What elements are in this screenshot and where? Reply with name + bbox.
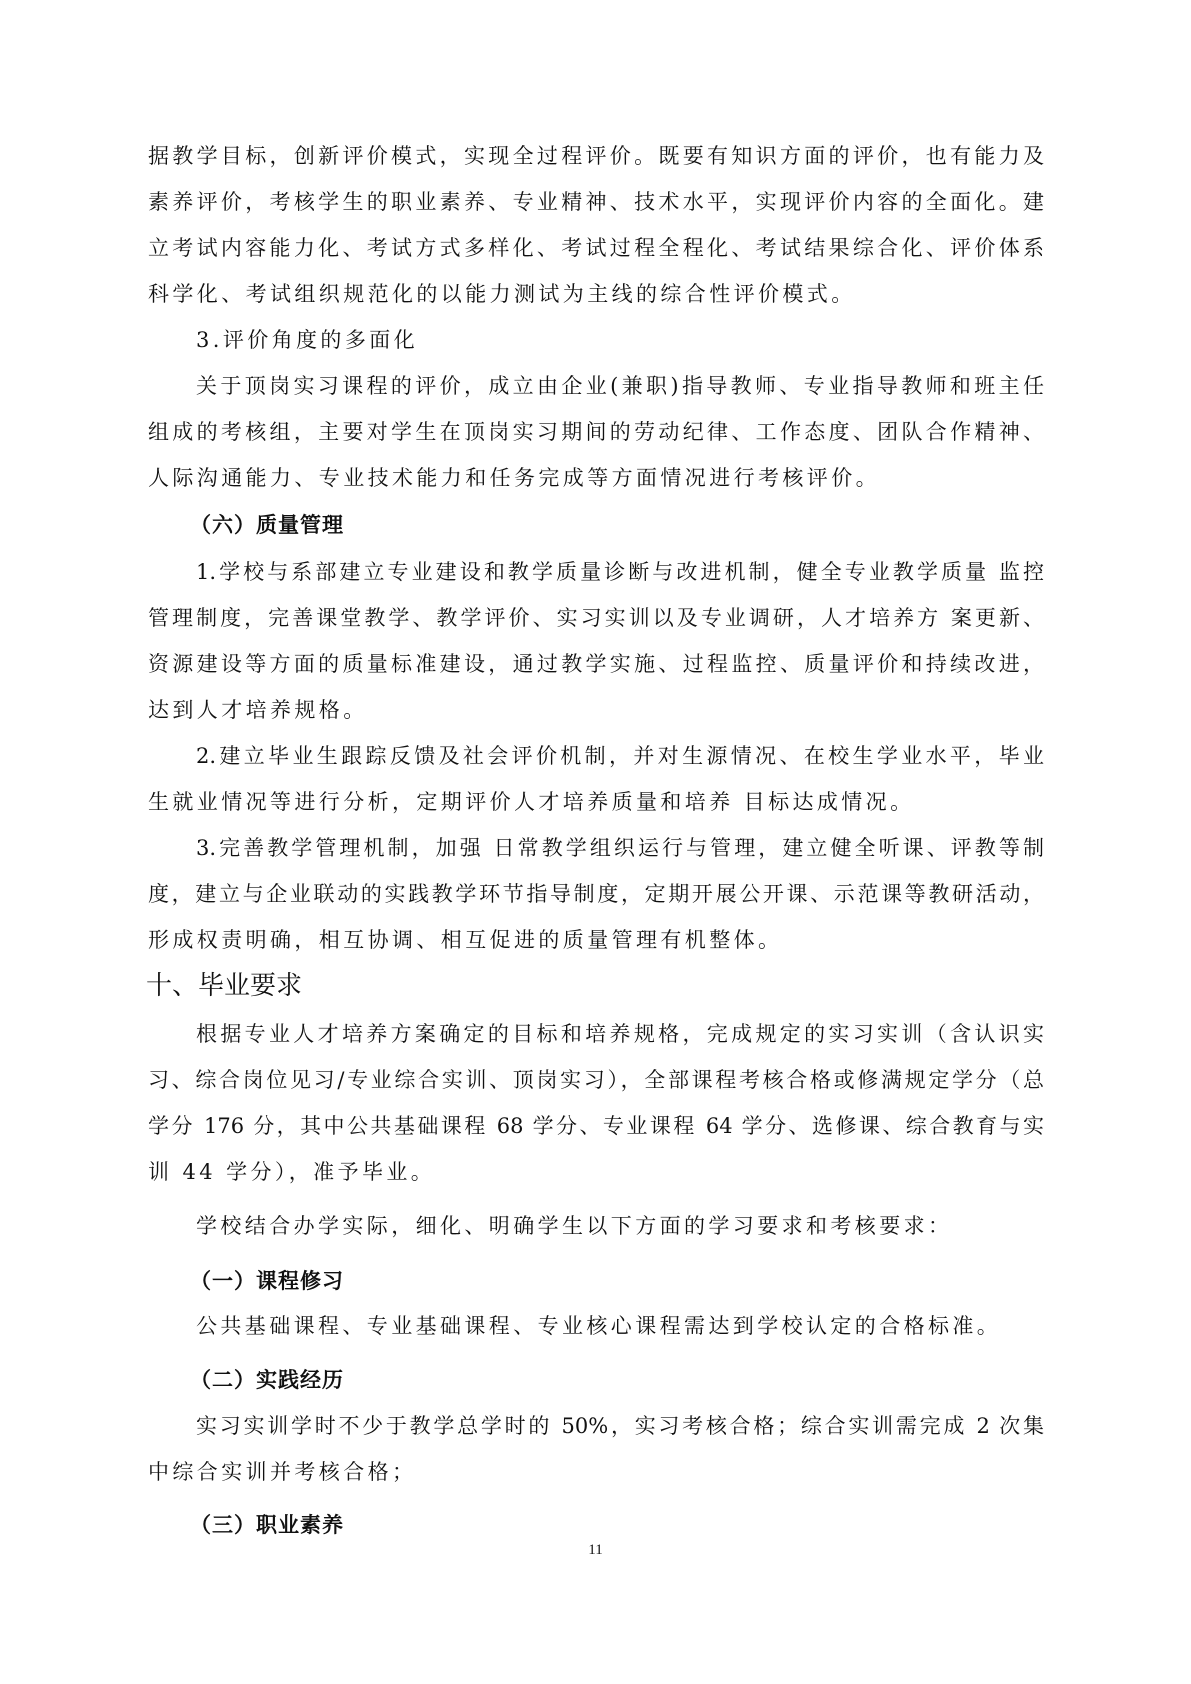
paragraph-first-line: 关于顶岗实习课程的评价，成立由企业(兼职)指导教师、专业指导教师和班主任 — [196, 371, 1044, 401]
paragraph-first-line: 根据专业人才培养方案确定的目标和培养规格，完成规定的实习实训（含认识实 — [196, 1019, 1044, 1049]
body-text-line: 学分 176 分，其中公共基础课程 68 学分、专业课程 64 学分、选修课、综… — [148, 1111, 1044, 1141]
body-text-line: 训 44 学分），准予毕业。 — [148, 1157, 1048, 1187]
body-text-line: 素养评价，考核学生的职业素养、专业精神、技术水平，实现评价内容的全面化。建 — [148, 187, 1044, 217]
body-text-line: 资源建设等方面的质量标准建设，通过教学实施、过程监控、质量评价和持续改进， — [148, 649, 1044, 679]
paragraph-first-line: 3.完善教学管理机制，加强 日常教学组织运行与管理，建立健全听课、评教等制 — [196, 833, 1044, 863]
body-text-line: 组成的考核组，主要对学生在顶岗实习期间的劳动纪律、工作态度、团队合作精神、 — [148, 417, 1044, 447]
document-page: 据教学目标，创新评价模式，实现全过程评价。既要有知识方面的评价，也有能力及素养评… — [0, 0, 1191, 1684]
paragraph-first-line: 公共基础课程、专业基础课程、专业核心课程需达到学校认定的合格标准。 — [196, 1311, 1096, 1341]
body-text-line: 中综合实训并考核合格； — [148, 1457, 1048, 1487]
subsection-heading: （二）实践经历 — [190, 1365, 344, 1395]
body-text-line: 科学化、考试组织规范化的以能力测试为主线的综合性评价模式。 — [148, 279, 1048, 309]
body-text-line: 人际沟通能力、专业技术能力和任务完成等方面情况进行考核评价。 — [148, 463, 1048, 493]
paragraph-first-line: 学校结合办学实际，细化、明确学生以下方面的学习要求和考核要求： — [196, 1211, 1096, 1241]
body-text-line: 生就业情况等进行分析，定期评价人才培养质量和培养 目标达成情况。 — [148, 787, 1048, 817]
page-number: 11 — [0, 1542, 1191, 1559]
body-text-line: 度，建立与企业联动的实践教学环节指导制度，定期开展公开课、示范课等教研活动， — [148, 879, 1044, 909]
body-text-line: 据教学目标，创新评价模式，实现全过程评价。既要有知识方面的评价，也有能力及 — [148, 141, 1044, 171]
paragraph-first-line: 2.建立毕业生跟踪反馈及社会评价机制，并对生源情况、在校生学业水平，毕业 — [196, 741, 1044, 771]
body-text-line: 形成权责明确，相互协调、相互促进的质量管理有机整体。 — [148, 925, 1048, 955]
subsection-heading: （一）课程修习 — [190, 1266, 344, 1296]
body-text-line: 习、综合岗位见习/专业综合实训、顶岗实习），全部课程考核合格或修满规定学分（总 — [148, 1065, 1044, 1095]
paragraph-first-line: 实习实训学时不少于教学总学时的 50%，实习考核合格；综合实训需完成 2 次集 — [196, 1411, 1044, 1441]
body-text-line: 管理制度，完善课堂教学、教学评价、实习实训以及专业调研，人才培养方 案更新、 — [148, 603, 1044, 633]
body-text-line: 达到人才培养规格。 — [148, 695, 1048, 725]
subsection-heading: （六）质量管理 — [190, 510, 344, 540]
paragraph-first-line: 3.评价角度的多面化 — [196, 325, 1096, 355]
subsection-heading: （三）职业素养 — [190, 1510, 344, 1540]
body-text-line: 立考试内容能力化、考试方式多样化、考试过程全程化、考试结果综合化、评价体系 — [148, 233, 1044, 263]
section-heading: 十、毕业要求 — [146, 968, 302, 1004]
paragraph-first-line: 1.学校与系部建立专业建设和教学质量诊断与改进机制，健全专业教学质量 监控 — [196, 557, 1044, 587]
